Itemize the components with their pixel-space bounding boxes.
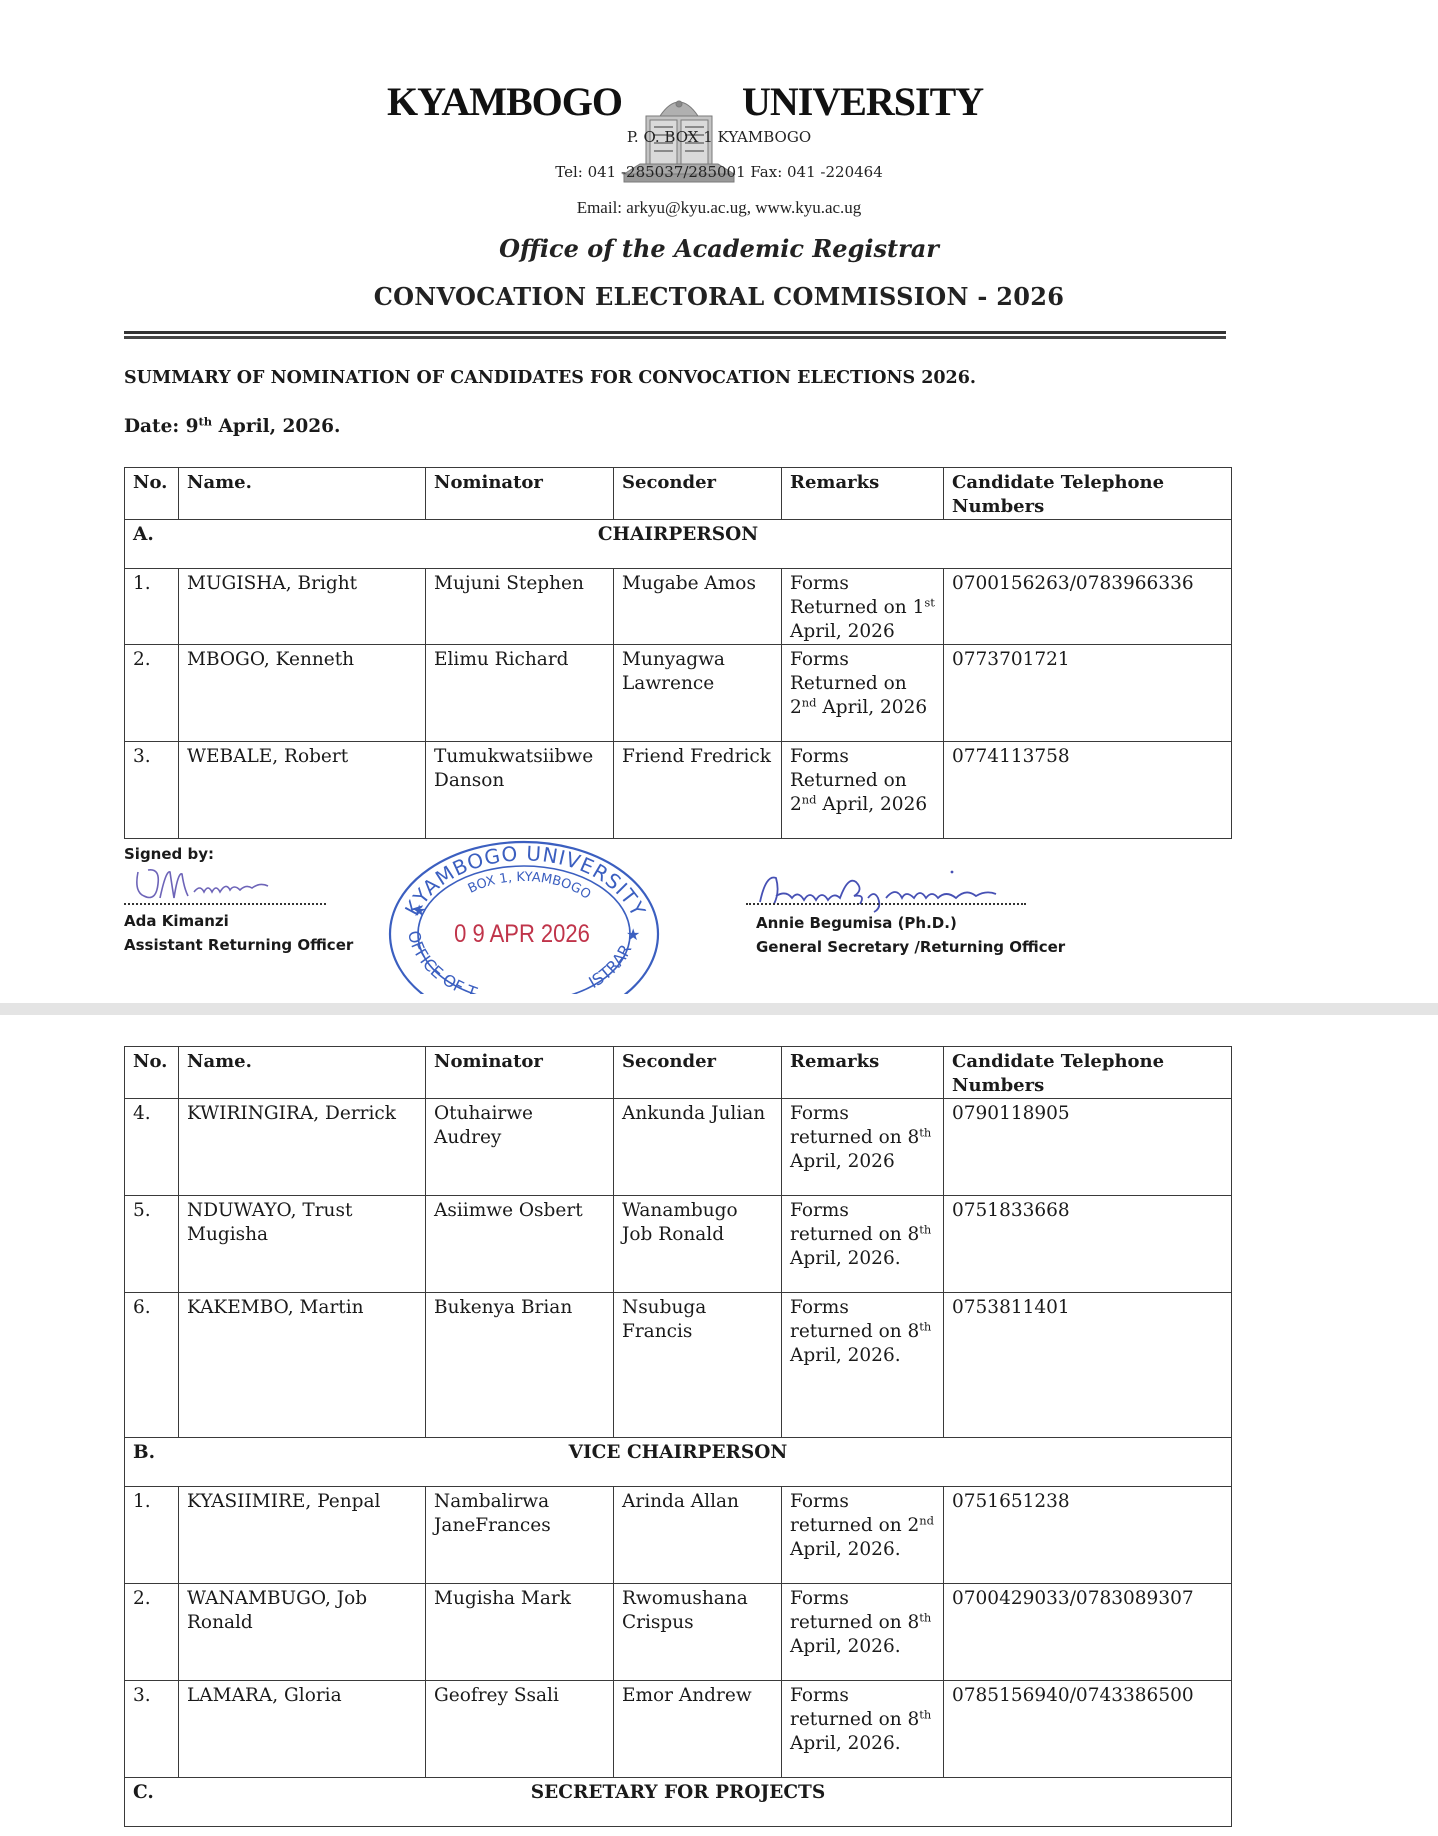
cell-seconder: Friend Fredrick [614,742,782,839]
document-page-2: No. Name. Nominator Seconder Remarks Can… [0,1015,1438,1836]
section-header-row: C.SECRETARY FOR PROJECTS [125,1778,1232,1827]
table-row: 1.MUGISHA, BrightMujuni StephenMugabe Am… [125,569,1232,645]
cell-nominator: Tumukwatsiibwe Danson [426,742,614,839]
cell-remarks: Forms returned on 8th April, 2026. [782,1584,944,1681]
letterhead: KYAMBOGO UNIVERSITY [0,74,1438,134]
table-row: 6.KAKEMBO, MartinBukenya BrianNsubuga Fr… [125,1293,1232,1438]
table-row: 4.KWIRINGIRA, DerrickOtuhairwe AudreyAnk… [125,1099,1232,1196]
cell-name: KYASIIMIRE, Penpal [179,1487,426,1584]
email-web: Email: arkyu@kyu.ac.ug, www.kyu.ac.ug [0,198,1438,218]
cell-telephone: 0785156940/0743386500 [944,1681,1232,1778]
cell-nominator: Mujuni Stephen [426,569,614,645]
cell-telephone: 0773701721 [944,645,1232,742]
table-row: 3.WEBALE, RobertTumukwatsiibwe DansonFri… [125,742,1232,839]
header-seconder: Seconder [614,1047,782,1099]
cell-name: WANAMBUGO, Job Ronald [179,1584,426,1681]
signatory-left-name: Ada Kimanzi [124,909,229,933]
section-title: SECRETARY FOR PROJECTS [133,1781,1223,1805]
table-row: 2.WANAMBUGO, Job RonaldMugisha MarkRwomu… [125,1584,1232,1681]
cell-remarks: Forms Returned on 2nd April, 2026 [782,645,944,742]
cell-no: 3. [125,1681,179,1778]
cell-telephone: 0751833668 [944,1196,1232,1293]
nominations-table-page-2: No. Name. Nominator Seconder Remarks Can… [124,1046,1232,1827]
phone-fax: Tel: 041 -285037/285001 Fax: 041 -220464 [0,163,1438,181]
cell-no: 2. [125,1584,179,1681]
section-title: VICE CHAIRPERSON [133,1441,1223,1465]
official-stamp: KYAMBOGO UNIVERSITY BOX 1, KYAMBOGO ★ ★ … [378,836,666,994]
cell-name: MUGISHA, Bright [179,569,426,645]
header-divider [124,331,1226,334]
signatory-right-name: Annie Begumisa (Ph.D.) [756,911,957,935]
cell-no: 1. [125,1487,179,1584]
cell-seconder: Rwomushana Crispus [614,1584,782,1681]
cell-nominator: Elimu Richard [426,645,614,742]
cell-nominator: Geofrey Ssali [426,1681,614,1778]
header-seconder: Seconder [614,468,782,520]
cell-remarks: Forms returned on 8th April, 2026. [782,1293,944,1438]
star-icon: ★ [412,901,426,920]
star-icon: ★ [626,925,640,944]
handwritten-signature-icon [756,868,1006,914]
cell-nominator: Mugisha Mark [426,1584,614,1681]
cell-no: 1. [125,569,179,645]
svg-text:BOX 1, KYAMBOGO: BOX 1, KYAMBOGO [466,870,593,903]
header-divider [124,336,1226,339]
summary-title: SUMMARY OF NOMINATION OF CANDIDATES FOR … [124,368,976,388]
cell-seconder: Wanambugo Job Ronald [614,1196,782,1293]
table-row: 5.NDUWAYO, Trust MugishaAsiimwe OsbertWa… [125,1196,1232,1293]
university-name-right: UNIVERSITY [742,78,983,125]
signatory-left-role: Assistant Returning Officer [124,933,353,957]
cell-telephone: 0774113758 [944,742,1232,839]
cell-name: WEBALE, Robert [179,742,426,839]
header-remarks: Remarks [782,468,944,520]
cell-no: 2. [125,645,179,742]
cell-remarks: Forms returned on 8th April, 2026 [782,1099,944,1196]
stamp-bottom-right-text: ISTRAR [585,941,635,992]
table-row: 3.LAMARA, GloriaGeofrey SsaliEmor Andrew… [125,1681,1232,1778]
cell-remarks: Forms returned on 8th April, 2026. [782,1196,944,1293]
section-header-row: A.CHAIRPERSON [125,520,1232,569]
cell-name: MBOGO, Kenneth [179,645,426,742]
commission-title: CONVOCATION ELECTORAL COMMISSION - 2026 [0,282,1438,311]
cell-seconder: Mugabe Amos [614,569,782,645]
signed-by-label: Signed by: [124,845,214,863]
cell-remarks: Forms returned on 8th April, 2026. [782,1681,944,1778]
table-row: 2.MBOGO, KennethElimu RichardMunyagwa La… [125,645,1232,742]
header-telephone: Candidate Telephone Numbers [944,1047,1232,1099]
cell-remarks: Forms Returned on 1st April, 2026 [782,569,944,645]
cell-name: LAMARA, Gloria [179,1681,426,1778]
cell-nominator: Bukenya Brian [426,1293,614,1438]
stamp-date: 0 9 APR 2026 [454,920,590,948]
section-title: CHAIRPERSON [133,523,1223,547]
signatory-right-role: General Secretary /Returning Officer [756,935,1065,959]
cell-nominator: Asiimwe Osbert [426,1196,614,1293]
document-page-1: KYAMBOGO UNIVERSITY P. O. BOX 1 KYAMBOGO [0,0,1438,1003]
cell-name: KAKEMBO, Martin [179,1293,426,1438]
cell-no: 3. [125,742,179,839]
header-nominator: Nominator [426,468,614,520]
table-header-row: No. Name. Nominator Seconder Remarks Can… [125,468,1232,520]
postal-address: P. O. BOX 1 KYAMBOGO [0,128,1438,146]
cell-no: 4. [125,1099,179,1196]
header-no: No. [125,1047,179,1099]
cell-telephone: 0790118905 [944,1099,1232,1196]
signature-line-left [124,903,326,905]
cell-name: NDUWAYO, Trust Mugisha [179,1196,426,1293]
header-telephone: Candidate Telephone Numbers [944,468,1232,520]
header-remarks: Remarks [782,1047,944,1099]
header-name: Name. [179,468,426,520]
header-no: No. [125,468,179,520]
header-name: Name. [179,1047,426,1099]
office-title: Office of the Academic Registrar [0,234,1438,263]
cell-telephone: 0753811401 [944,1293,1232,1438]
cell-no: 6. [125,1293,179,1438]
page-separator [0,1003,1438,1015]
cell-nominator: Nambalirwa JaneFrances [426,1487,614,1584]
cell-remarks: Forms returned on 2nd April, 2026. [782,1487,944,1584]
section-header-row: B.VICE CHAIRPERSON [125,1438,1232,1487]
cell-seconder: Arinda Allan [614,1487,782,1584]
document-date: Date: 9th April, 2026. [124,416,340,437]
cell-name: KWIRINGIRA, Derrick [179,1099,426,1196]
cell-remarks: Forms Returned on 2nd April, 2026 [782,742,944,839]
cell-telephone: 0700156263/0783966336 [944,569,1232,645]
cell-seconder: Munyagwa Lawrence [614,645,782,742]
cell-no: 5. [125,1196,179,1293]
table-header-row: No. Name. Nominator Seconder Remarks Can… [125,1047,1232,1099]
cell-telephone: 0700429033/0783089307 [944,1584,1232,1681]
university-name-left: KYAMBOGO [387,78,622,125]
signature-line-right [746,903,1026,905]
stamp-inner-text: BOX 1, KYAMBOGO [466,870,593,903]
table-row: 1.KYASIIMIRE, PenpalNambalirwa JaneFranc… [125,1487,1232,1584]
cell-telephone: 0751651238 [944,1487,1232,1584]
cell-seconder: Nsubuga Francis [614,1293,782,1438]
cell-seconder: Emor Andrew [614,1681,782,1778]
svg-text:ISTRAR: ISTRAR [585,941,635,992]
handwritten-signature-icon [130,862,290,906]
nominations-table-page-1: No. Name. Nominator Seconder Remarks Can… [124,467,1232,839]
cell-seconder: Ankunda Julian [614,1099,782,1196]
cell-nominator: Otuhairwe Audrey [426,1099,614,1196]
header-nominator: Nominator [426,1047,614,1099]
